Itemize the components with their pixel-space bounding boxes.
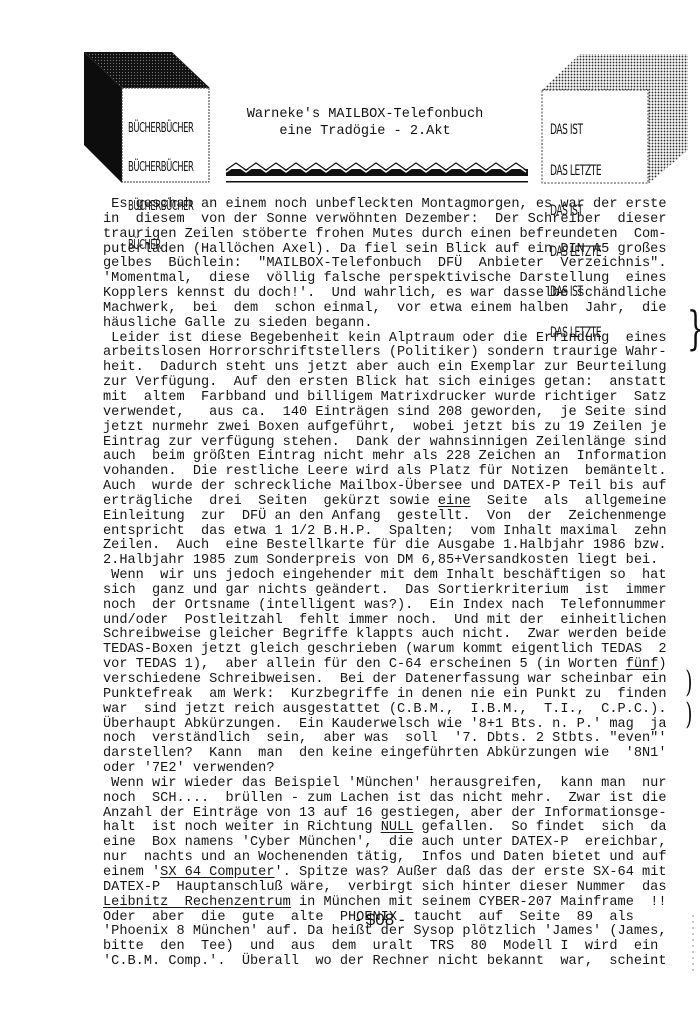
body-line: eine Box namens 'Cyber München', die auc… <box>103 836 673 851</box>
body-line: Leibnitz Rechenzentrum in München mit se… <box>103 896 673 911</box>
zigzag-divider <box>226 161 528 183</box>
body-line: mit altem Farbband und billigem Matrixdr… <box>103 391 673 406</box>
margin-brace-mark: ) <box>685 700 692 730</box>
body-line: einem 'SX 64 Computer'. Spitze was? Auße… <box>103 866 673 881</box>
body-line: in diesem von der Sonne verwöhnten Dezem… <box>103 213 673 228</box>
body-line: Überhaupt Abkürzungen. Ein Kauderwelsch … <box>103 718 673 733</box>
body-line: nur nachts und an Wochenenden tätig, Inf… <box>103 851 673 866</box>
body-line: heit. Dadurch steht uns jetzt aber auch … <box>103 361 673 376</box>
body-line: erträgliche drei Seiten gekürzt sowie ei… <box>103 495 673 510</box>
body-line: zur Verfügung. Auf den ersten Blick hat … <box>103 376 673 391</box>
body-line: vohanden. Die restliche Leere wird als P… <box>103 465 673 480</box>
body-line: 2.Halbjahr 1985 zum Sonderpreis von DM 6… <box>103 554 673 569</box>
body-line: jetzt nurmehr zwei Boxen aufgeführt, wob… <box>103 421 673 436</box>
body-line: Machwerk, bei dem schon einmal, vor etwa… <box>103 302 673 317</box>
body-line: und/oder Postleitzahl fehlt immer noch. … <box>103 614 673 629</box>
body-line: TEDAS-Boxen jetzt gleich geschrieben (wa… <box>103 643 673 658</box>
body-line: entspricht das etwa 1 1/2 B.H.P. Spalten… <box>103 525 673 540</box>
body-line: verschiedene Schreibweisen. Bei der Date… <box>103 673 673 688</box>
box-text-line: DAS LETZTE <box>550 165 601 179</box>
title-line-1: Warneke's MAILBOX-Telefonbuch <box>215 106 515 123</box>
das-letzte-box-logo: DAS IST DAS LETZTE DAS IST DAS LETZTE DA… <box>540 52 688 184</box>
body-line: puterladen (Hallöchen Axel). Da fiel sei… <box>103 243 673 258</box>
body-line: DATEX-P Hauptanschluß wäre, verbirgt sic… <box>103 881 673 896</box>
body-line: Eintrag zur verfügung stehen. Dank der w… <box>103 436 673 451</box>
body-line: Wenn wir wieder das Beispiel 'München' h… <box>103 777 673 792</box>
body-line: verwendet, aus ca. 140 Einträgen sind 20… <box>103 406 673 421</box>
underlined-text: eine <box>438 494 471 509</box>
body-line: Einleitung zur DFÜ an den Anfang gestell… <box>103 510 673 525</box>
buecher-box-logo: BÜCHERBÜCHER BÜCHERBÜCHER BÜCHERBÜCHER B… <box>82 50 210 183</box>
underlined-text: SX 64 Computer <box>160 865 274 880</box>
body-line: Schreibweise gleicher Begriffe klappts a… <box>103 628 673 643</box>
article-body: Es geschah an einem noch unbefleckten Mo… <box>103 198 673 970</box>
box-text-line: BÜCHERBÜCHER <box>128 161 193 174</box>
body-line: noch SCH.... brüllen - zum Lachen ist da… <box>103 792 673 807</box>
body-line: traurigen Zeilen stöberte frohen Mutes d… <box>103 228 673 243</box>
body-line: 'C.B.M. Comp.'. Überall wo der Rechner n… <box>103 955 673 970</box>
body-line: war sind jetzt reich ausgestattet (C.B.M… <box>103 703 673 718</box>
body-line: darstellen? Kann man den keine eingeführ… <box>103 747 673 762</box>
body-line: häusliche Galle zu sieden begann. <box>103 317 673 332</box>
body-line: Wenn wir uns jedoch eingehender mit dem … <box>103 569 673 584</box>
underlined-text: NULL <box>381 820 414 835</box>
underlined-text: Leibnitz Rechenzentrum <box>103 895 291 910</box>
body-line: Kopplers kennst du doch!'. Und wahrlich,… <box>103 287 673 302</box>
margin-brace-mark: } <box>687 305 700 351</box>
body-line: gelbes Büchlein: "MAILBOX-Telefonbuch DF… <box>103 257 673 272</box>
body-line: noch der Ortsname (intelligent was?). Ei… <box>103 599 673 614</box>
body-line: Zeilen. Auch eine Bestellkarte für die A… <box>103 539 673 554</box>
body-line: noch verständlich sein, aber was soll '7… <box>103 732 673 747</box>
page-number: - $08 - <box>330 910 430 930</box>
body-line: Anzahl der Einträge von 13 auf 16 gestie… <box>103 807 673 822</box>
box-text-line: BÜCHERBÜCHER <box>128 122 193 135</box>
body-line: arbeitslosen Horrorschriftstellers (Poli… <box>103 346 673 361</box>
body-line: oder '7E2' verwenden? <box>103 762 673 777</box>
body-line: Punktefreak am Werk: Kurzbegriffe in den… <box>103 688 673 703</box>
body-line: Auch wurde der schreckliche Mailbox-Über… <box>103 480 673 495</box>
body-line: bitte den Tee) und aus dem uralt TRS 80 … <box>103 940 673 955</box>
body-line: Es geschah an einem noch unbefleckten Mo… <box>103 198 673 213</box>
body-line: auch beim größten Eintrag nicht mehr als… <box>103 450 673 465</box>
article-title: Warneke's MAILBOX-Telefonbuch eine Tradö… <box>215 106 515 140</box>
body-line: vor TEDAS 1), aber allein für den C-64 e… <box>103 658 673 673</box>
box-text-line: DAS IST <box>550 124 601 138</box>
body-line: sich ganz und gar nichts geändert. Das S… <box>103 584 673 599</box>
edge-scan-marks <box>690 915 696 975</box>
body-line: 'Momentmal, diese völlig falsche perspek… <box>103 272 673 287</box>
body-line: Leider ist diese Begebenheit kein Alptra… <box>103 332 673 347</box>
title-line-2: eine Tradögie - 2.Akt <box>215 123 515 140</box>
underlined-text: fünf <box>626 657 659 672</box>
body-line: halt ist noch weiter in Richtung NULL ge… <box>103 821 673 836</box>
margin-brace-mark: ) <box>685 668 692 698</box>
